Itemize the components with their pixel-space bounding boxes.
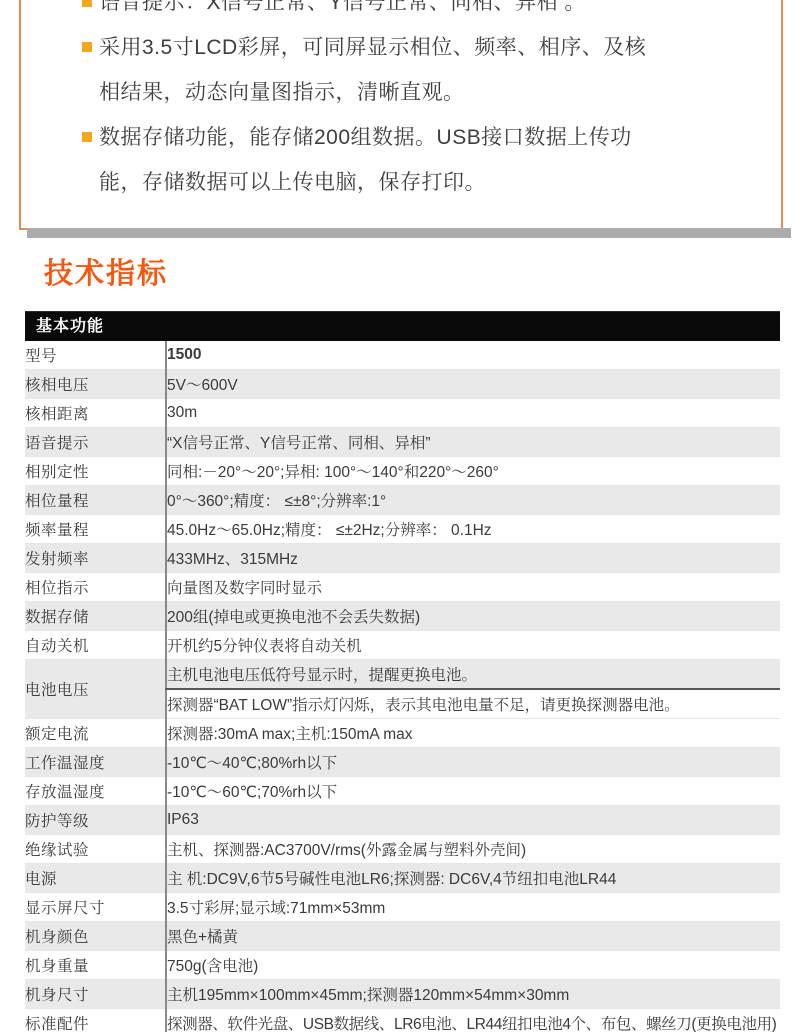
spec-value: -10℃～60℃;70%rh以下 [166, 777, 780, 806]
spec-value: -10℃～40℃;80%rh以下 [166, 748, 780, 777]
table-row: 额定电流探测器:30mA max;主机:150mA max [25, 719, 780, 748]
spec-label: 自动关机 [25, 631, 166, 660]
table-row: 型号1500 [25, 341, 780, 370]
spec-label: 核相距离 [25, 399, 166, 428]
spec-value: “X信号正常、Y信号正常、同相、异相” [166, 428, 780, 457]
spec-value: 45.0Hz～65.0Hz;精度： ≤±2Hz;分辨率： 0.1Hz [166, 515, 780, 544]
spec-value: 向量图及数字同时显示 [166, 573, 780, 602]
table-row: 工作温湿度-10℃～40℃;80%rh以下 [25, 748, 780, 777]
bullet-square-icon [82, 0, 92, 7]
spec-value: 同相:－20°～20°;异相: 100°～140°和220°～260° [166, 457, 780, 486]
spec-label: 绝缘试验 [25, 835, 166, 864]
spec-table-grid: 型号1500核相电压5V～600V核相距离30m语音提示“X信号正常、Y信号正常… [25, 341, 780, 1032]
table-row: 频率量程45.0Hz～65.0Hz;精度： ≤±2Hz;分辨率： 0.1Hz [25, 515, 780, 544]
feature-list: 语音提示：X信号正常、Y信号正常、同相、异相 。采用3.5寸LCD彩屏，可同屏显… [21, 0, 781, 205]
table-row: 机身重量750g(含电池) [25, 951, 780, 980]
spec-value: 1500 [166, 341, 780, 370]
spec-label: 核相电压 [25, 370, 166, 399]
feature-text: 数据存储功能，能存储200组数据。USB接口数据上传功 [99, 126, 632, 149]
spec-value: 探测器“BAT LOW”指示灯闪烁，表示其电池电量不足，请更换探测器电池。 [166, 689, 780, 719]
spec-table: 基本功能 型号1500核相电压5V～600V核相距离30m语音提示“X信号正常、… [25, 311, 780, 1032]
spec-label: 防护等级 [25, 806, 166, 835]
spec-label: 电池电压 [25, 660, 166, 719]
feature-text: 能，存储数据可以上传电脑，保存打印。 [99, 171, 486, 194]
spec-label: 机身重量 [25, 951, 166, 980]
spec-label: 存放温湿度 [25, 777, 166, 806]
spec-value: 3.5寸彩屏;显示域:71mm×53mm [166, 893, 780, 922]
spec-value: 探测器:30mA max;主机:150mA max [166, 719, 780, 748]
feature-box: 语音提示：X信号正常、Y信号正常、同相、异相 。采用3.5寸LCD彩屏，可同屏显… [19, 0, 783, 230]
table-row: 防护等级IP63 [25, 806, 780, 835]
table-row: 显示屏尺寸3.5寸彩屏;显示域:71mm×53mm [25, 893, 780, 922]
table-row: 核相电压5V～600V [25, 370, 780, 399]
spec-value: 750g(含电池) [166, 951, 780, 980]
spec-label: 机身尺寸 [25, 980, 166, 1009]
spec-label: 相别定性 [25, 457, 166, 486]
spec-value: 主机电池电压低符号显示时，提醒更换电池。 [166, 660, 780, 690]
feature-item-continuation: 相结果，动态向量图指示，清晰直观。 [99, 70, 781, 115]
spec-label: 数据存储 [25, 602, 166, 631]
spec-label: 频率量程 [25, 515, 166, 544]
feature-text: 采用3.5寸LCD彩屏，可同屏显示相位、频率、相序、及核 [99, 36, 646, 59]
table-row: 相位指示向量图及数字同时显示 [25, 573, 780, 602]
spec-value: IP63 [166, 806, 780, 835]
table-row: 机身尺寸主机195mm×100mm×45mm;探测器120mm×54mm×30m… [25, 980, 780, 1009]
spec-label: 发射频率 [25, 544, 166, 573]
spec-value: 黑色+橘黄 [166, 922, 780, 951]
table-row: 语音提示“X信号正常、Y信号正常、同相、异相” [25, 428, 780, 457]
table-row: 存放温湿度-10℃～60℃;70%rh以下 [25, 777, 780, 806]
table-row: 标准配件探测器、软件光盘、USB数据线、LR6电池、LR44纽扣电池4个、布包、… [25, 1009, 780, 1032]
spec-value: 433MHz、315MHz [166, 544, 780, 573]
spec-value: 30m [166, 399, 780, 428]
section-title: 技术指标 [44, 256, 168, 294]
table-row: 机身颜色黑色+橘黄 [25, 922, 780, 951]
spec-label: 机身颜色 [25, 922, 166, 951]
bullet-square-icon [82, 132, 92, 142]
table-row: 发射频率433MHz、315MHz [25, 544, 780, 573]
feature-item: 数据存储功能，能存储200组数据。USB接口数据上传功 [99, 115, 781, 160]
spec-value: 探测器、软件光盘、USB数据线、LR6电池、LR44纽扣电池4个、布包、螺丝刀(… [166, 1009, 780, 1032]
table-row: 绝缘试验主机、探测器:AC3700V/rms(外露金属与塑料外壳间) [25, 835, 780, 864]
spec-label: 电源 [25, 864, 166, 893]
table-row: 电池电压主机电池电压低符号显示时，提醒更换电池。 [25, 660, 780, 690]
feature-item: 采用3.5寸LCD彩屏，可同屏显示相位、频率、相序、及核 [99, 25, 781, 70]
spec-value: 主 机:DC9V,6节5号碱性电池LR6;探测器: DC6V,4节纽扣电池LR4… [166, 864, 780, 893]
spec-label: 语音提示 [25, 428, 166, 457]
feature-text: 相结果，动态向量图指示，清晰直观。 [99, 81, 465, 104]
spec-label: 标准配件 [25, 1009, 166, 1032]
table-row: 相别定性同相:－20°～20°;异相: 100°～140°和220°～260° [25, 457, 780, 486]
feature-item-continuation: 能，存储数据可以上传电脑，保存打印。 [99, 160, 781, 205]
spec-value: 主机、探测器:AC3700V/rms(外露金属与塑料外壳间) [166, 835, 780, 864]
spec-value: 主机195mm×100mm×45mm;探测器120mm×54mm×30mm [166, 980, 780, 1009]
spec-label: 工作温湿度 [25, 748, 166, 777]
spec-value: 0°～360°;精度： ≤±8°;分辨率:1° [166, 486, 780, 515]
spec-table-header: 基本功能 [25, 311, 780, 341]
spec-value: 200组(掉电或更换电池不会丢失数据) [166, 602, 780, 631]
table-row: 电源主 机:DC9V,6节5号碱性电池LR6;探测器: DC6V,4节纽扣电池L… [25, 864, 780, 893]
table-row: 数据存储200组(掉电或更换电池不会丢失数据) [25, 602, 780, 631]
feature-text: 语音提示：X信号正常、Y信号正常、同相、异相 。 [99, 0, 586, 14]
table-row: 相位量程0°～360°;精度： ≤±8°;分辨率:1° [25, 486, 780, 515]
feature-item: 语音提示：X信号正常、Y信号正常、同相、异相 。 [99, 0, 781, 25]
spec-label: 型号 [25, 341, 166, 370]
feature-box-shadow [27, 228, 791, 238]
spec-value: 5V～600V [166, 370, 780, 399]
spec-label: 相位量程 [25, 486, 166, 515]
table-row: 自动关机开机约5分钟仪表将自动关机 [25, 631, 780, 660]
spec-label: 额定电流 [25, 719, 166, 748]
table-row: 核相距离30m [25, 399, 780, 428]
spec-value: 开机约5分钟仪表将自动关机 [166, 631, 780, 660]
spec-label: 显示屏尺寸 [25, 893, 166, 922]
spec-label: 相位指示 [25, 573, 166, 602]
bullet-square-icon [82, 42, 92, 52]
